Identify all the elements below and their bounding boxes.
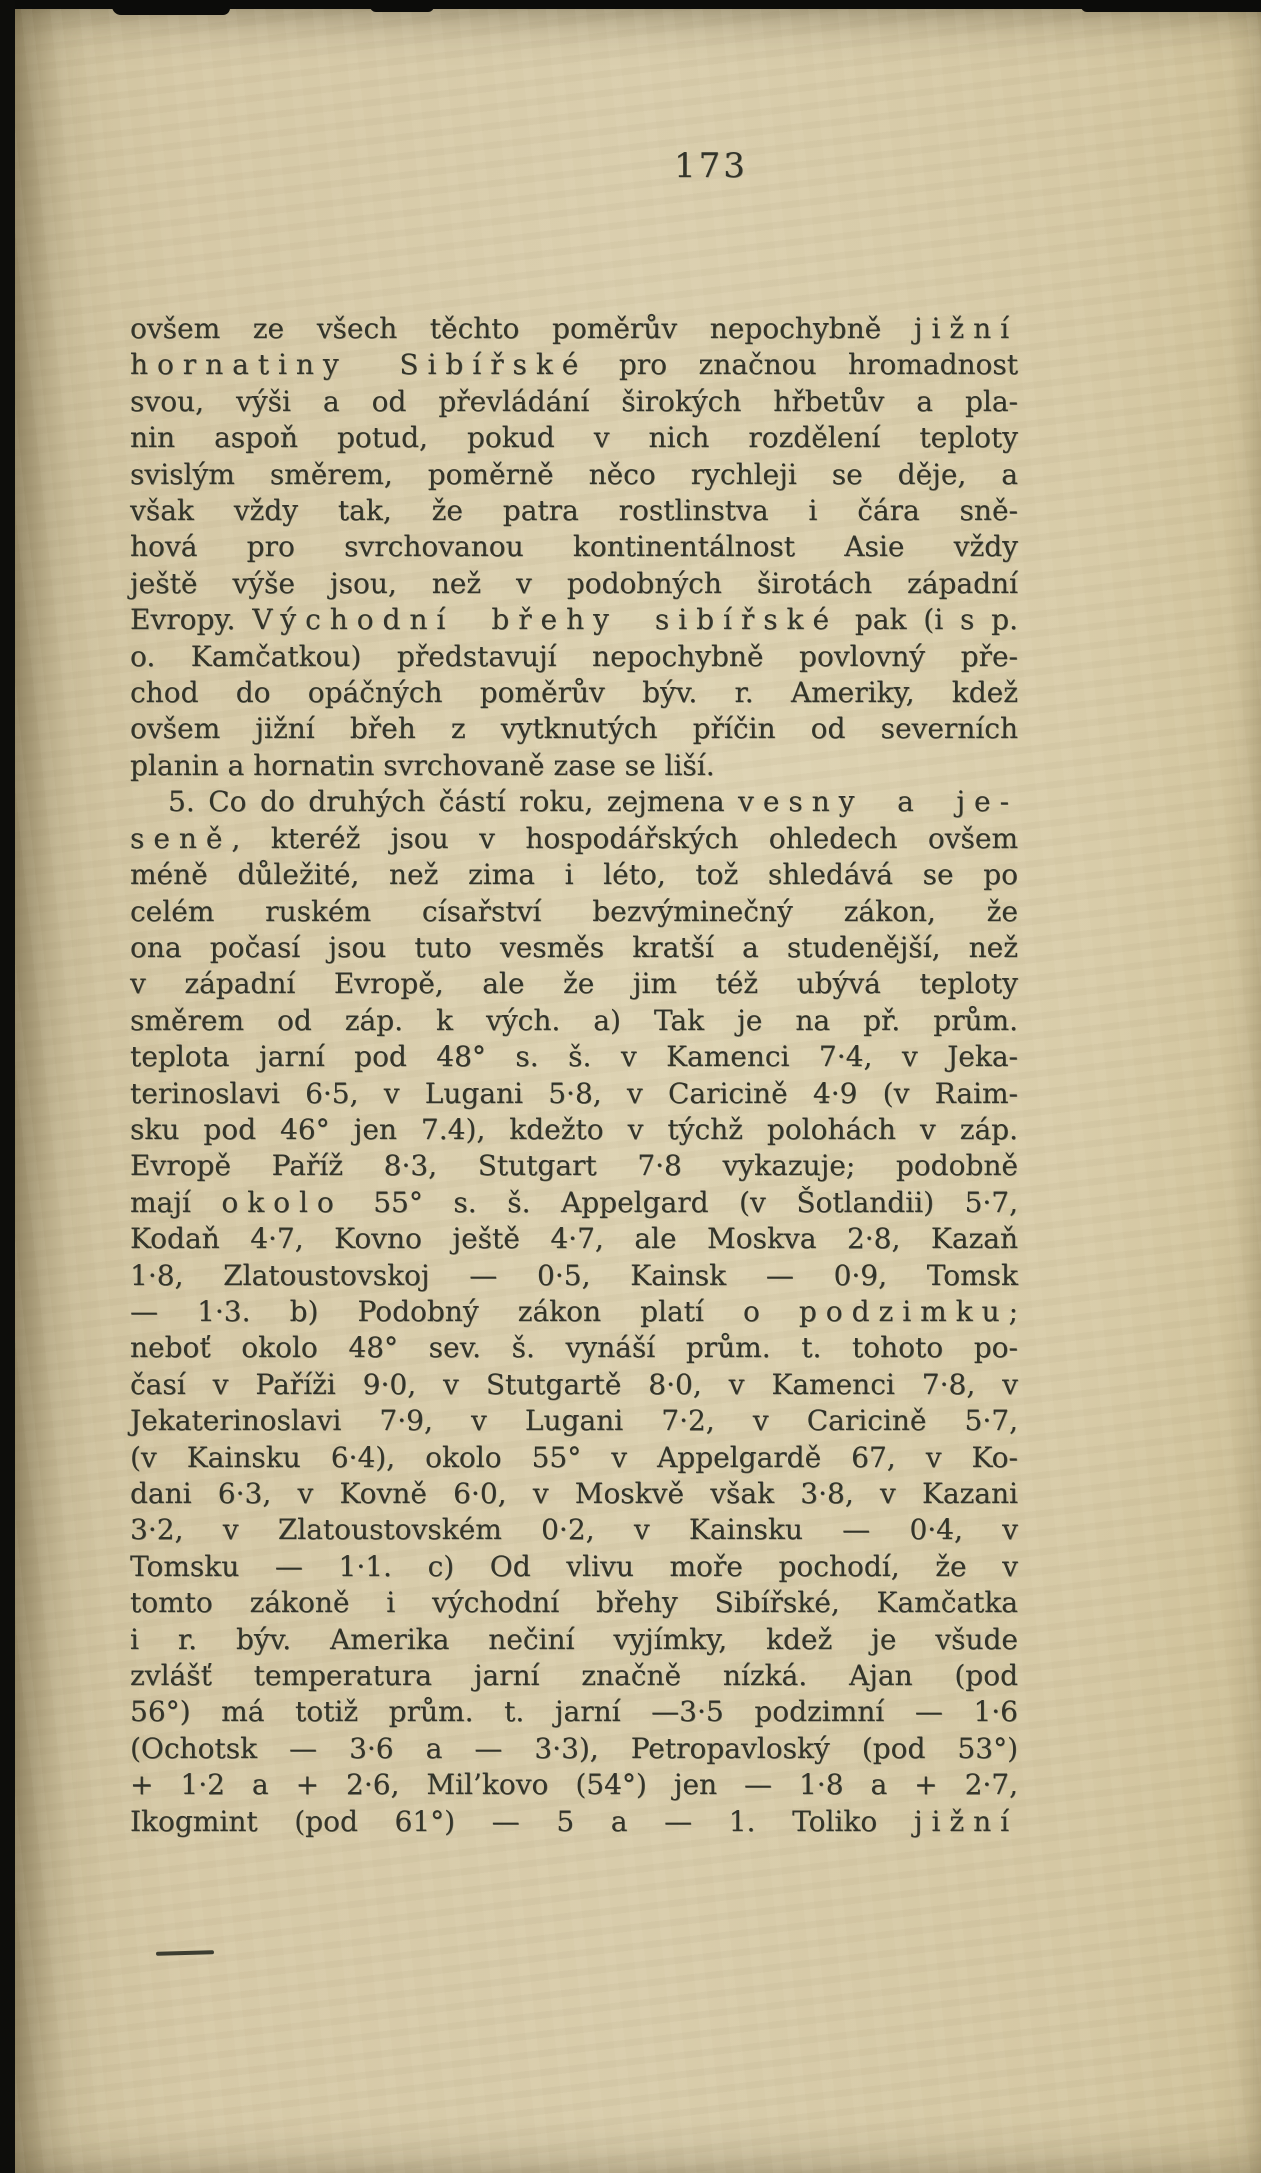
body-text: chod do opáčných poměrův býv. r. Ameriky… — [130, 676, 1018, 709]
body-text: (Ochotsk — 3·6 a — 3·3), Petropavloský (… — [130, 1732, 1018, 1765]
body-text: časí v Paříži 9·0, v Stutgartě 8·0, v Ka… — [130, 1368, 1018, 1401]
text-line: 5. Co do druhých částí roku, zejmena ves… — [130, 784, 1018, 820]
text-line: Evropy. Východní břehy sibířské pak (i s… — [130, 602, 1018, 638]
body-text: méně důležité, než zima i léto, tož shle… — [130, 858, 1018, 891]
body-text: Evropě Paříž 8·3, Stutgart 7·8 vykazuje;… — [130, 1149, 1018, 1182]
text-block: ovšem ze všech těchto poměrův nepochybně… — [130, 311, 1018, 1840]
text-line: méně důležité, než zima i léto, tož shle… — [130, 857, 1018, 893]
body-text: 5. Co do druhých částí roku, zejmena — [168, 785, 738, 818]
body-text: 3·2, v Zlatoustovském 0·2, v Kainsku — 0… — [130, 1513, 1018, 1546]
body-text: planin a hornatin svrchovaně zase se liš… — [130, 749, 715, 782]
text-line: ovšem jižní břeh z vytknutých příčin od … — [130, 711, 1018, 747]
text-line: ještě výše jsou, než v podobných širotác… — [130, 566, 1018, 602]
text-line: v západní Evropě, ale že jim též ubývá t… — [130, 966, 1018, 1002]
body-text: mají — [130, 1186, 221, 1219]
text-line: planin a hornatin svrchovaně zase se liš… — [130, 748, 1018, 784]
emphasized-text: hornatiny Sibířské — [130, 348, 587, 381]
body-text: však vždy tak, že patra rostlinstva i čá… — [130, 494, 1018, 527]
body-text: 55° s. š. Appelgard (v Šotlandii) 5·7, — [343, 1186, 1018, 1219]
text-line: svou, výši a od převládání širokých hřbe… — [130, 384, 1018, 420]
text-line: Evropě Paříž 8·3, Stutgart 7·8 vykazuje;… — [130, 1148, 1018, 1184]
body-text: nin aspoň potud, pokud v nich rozdělení … — [130, 421, 1018, 454]
text-line: sku pod 46° jen 7.4), kdežto v týchž pol… — [130, 1112, 1018, 1148]
body-text: pak (i s p. — [838, 603, 1018, 636]
body-text: (v Kainsku 6·4), okolo 55° v Appelgardě … — [130, 1441, 1018, 1474]
emphasized-text: seně — [130, 822, 231, 855]
body-text: zvlášť temperatura jarní značně nízká. A… — [130, 1659, 1018, 1692]
body-text: , kteréž jsou v hospodářských ohledech o… — [231, 822, 1018, 855]
text-line: o. Kamčatkou) představují nepochybně pov… — [130, 639, 1018, 675]
text-line: hornatiny Sibířské pro značnou hromadnos… — [130, 347, 1018, 383]
text-line: terinoslavi 6·5, v Lugani 5·8, v Caricin… — [130, 1076, 1018, 1112]
text-line: směrem od záp. k vých. a) Tak je na př. … — [130, 1003, 1018, 1039]
text-line: dani 6·3, v Kovně 6·0, v Moskvě však 3·8… — [130, 1476, 1018, 1512]
text-line: chod do opáčných poměrův býv. r. Ameriky… — [130, 675, 1018, 711]
text-line: nin aspoň potud, pokud v nich rozdělení … — [130, 420, 1018, 456]
body-text: neboť okolo 48° sev. š. vynáší prům. t. … — [130, 1331, 1018, 1364]
text-line: svislým směrem, poměrně něco rychleji se… — [130, 457, 1018, 493]
text-line: Tomsku — 1·1. c) Od vlivu moře pochodí, … — [130, 1549, 1018, 1585]
body-text: Kodaň 4·7, Kovno ještě 4·7, ale Moskva 2… — [130, 1222, 1018, 1255]
text-line: Ikogmint (pod 61°) — 5 a — 1. Toliko již… — [130, 1804, 1018, 1840]
body-text: 56°) má totiž prům. t. jarní —3·5 podzim… — [130, 1695, 1018, 1728]
page-number: 173 — [674, 146, 748, 186]
body-text: dani 6·3, v Kovně 6·0, v Moskvě však 3·8… — [130, 1477, 1018, 1510]
text-line: časí v Paříži 9·0, v Stutgartě 8·0, v Ka… — [130, 1367, 1018, 1403]
text-line: ovšem ze všech těchto poměrův nepochybně… — [130, 311, 1018, 347]
text-line: seně, kteréž jsou v hospodářských ohlede… — [130, 821, 1018, 857]
body-text: ona počasí jsou tuto vesměs kratší a stu… — [130, 931, 1018, 964]
text-line: 56°) má totiž prům. t. jarní —3·5 podzim… — [130, 1694, 1018, 1730]
text-line: však vždy tak, že patra rostlinstva i čá… — [130, 493, 1018, 529]
text-line: mají okolo 55° s. š. Appelgard (v Šotlan… — [130, 1185, 1018, 1221]
scanned-book-page: 173 ovšem ze všech těchto poměrův nepoch… — [0, 0, 1261, 2173]
text-line: tomto zákoně i východní břehy Sibířské, … — [130, 1585, 1018, 1621]
text-line: (Ochotsk — 3·6 a — 3·3), Petropavloský (… — [130, 1731, 1018, 1767]
text-line: ona počasí jsou tuto vesměs kratší a stu… — [130, 930, 1018, 966]
body-text: svislým směrem, poměrně něco rychleji se… — [130, 458, 1018, 491]
body-text: sku pod 46° jen 7.4), kdežto v týchž pol… — [130, 1113, 1018, 1146]
body-text: pro značnou hromadnost — [587, 348, 1018, 381]
emphasized-text: jižní — [914, 312, 1018, 345]
text-line: zvlášť temperatura jarní značně nízká. A… — [130, 1658, 1018, 1694]
emphasized-text: okolo — [221, 1186, 342, 1219]
body-text: Evropy. — [130, 603, 252, 636]
emphasized-text: vesny a je- — [738, 785, 1018, 818]
body-text: Tomsku — 1·1. c) Od vlivu moře pochodí, … — [130, 1550, 1018, 1583]
body-text: terinoslavi 6·5, v Lugani 5·8, v Caricin… — [130, 1077, 1018, 1110]
body-text: tomto zákoně i východní břehy Sibířské, … — [130, 1586, 1018, 1619]
text-line: celém ruském císařství bezvýminečný záko… — [130, 894, 1018, 930]
text-line: 1·8, Zlatoustovskoj — 0·5, Kainsk — 0·9,… — [130, 1258, 1018, 1294]
body-text: Jekaterinoslavi 7·9, v Lugani 7·2, v Car… — [130, 1404, 1018, 1437]
body-text: — 1·3. b) Podobný zákon platí o — [130, 1295, 799, 1328]
body-text: celém ruském císařství bezvýminečný záko… — [130, 895, 1018, 928]
body-text: 1·8, Zlatoustovskoj — 0·5, Kainsk — 0·9,… — [130, 1259, 1018, 1292]
body-text: ovšem ze všech těchto poměrův nepochybně — [130, 312, 914, 345]
scan-edge-artifact — [1081, 0, 1261, 12]
text-line: neboť okolo 48° sev. š. vynáší prům. t. … — [130, 1330, 1018, 1366]
scan-left-edge — [0, 0, 15, 2173]
text-line: hová pro svrchovanou kontinentálnost Asi… — [130, 529, 1018, 565]
body-text: hová pro svrchovanou kontinentálnost Asi… — [130, 530, 1018, 563]
body-text: v západní Evropě, ale že jim též ubývá t… — [130, 967, 1018, 1000]
body-text: o. Kamčatkou) představují nepochybně pov… — [130, 640, 1018, 673]
text-line: i r. býv. Amerika nečiní vyjímky, kdež j… — [130, 1622, 1018, 1658]
scan-edge-artifact — [112, 0, 230, 15]
body-text: svou, výši a od převládání širokých hřbe… — [130, 385, 1018, 418]
emphasized-text: podzimku — [799, 1295, 1009, 1328]
text-line: 3·2, v Zlatoustovském 0·2, v Kainsku — 0… — [130, 1512, 1018, 1548]
text-line: Kodaň 4·7, Kovno ještě 4·7, ale Moskva 2… — [130, 1221, 1018, 1257]
text-line: (v Kainsku 6·4), okolo 55° v Appelgardě … — [130, 1440, 1018, 1476]
body-text: teplota jarní pod 48° s. š. v Kamenci 7·… — [130, 1040, 1018, 1073]
body-text: ; — [1009, 1295, 1018, 1328]
text-line: Jekaterinoslavi 7·9, v Lugani 7·2, v Car… — [130, 1403, 1018, 1439]
body-text: ovšem jižní břeh z vytknutých příčin od … — [130, 712, 1018, 745]
scan-edge-artifact — [370, 0, 434, 12]
emphasized-text: Východní břehy sibířské — [252, 603, 838, 636]
text-line: + 1·2 a + 2·6, Mil’kovo (54°) jen — 1·8 … — [130, 1767, 1018, 1803]
emphasized-text: jižní — [914, 1805, 1018, 1838]
text-line: teplota jarní pod 48° s. š. v Kamenci 7·… — [130, 1039, 1018, 1075]
body-text: ještě výše jsou, než v podobných širotác… — [130, 567, 1018, 600]
text-line: — 1·3. b) Podobný zákon platí o podzimku… — [130, 1294, 1018, 1330]
body-text: Ikogmint (pod 61°) — 5 a — 1. Toliko — [130, 1805, 914, 1838]
body-text: i r. býv. Amerika nečiní vyjímky, kdež j… — [130, 1623, 1018, 1656]
body-text: + 1·2 a + 2·6, Mil’kovo (54°) jen — 1·8 … — [130, 1768, 1018, 1801]
body-text: směrem od záp. k vých. a) Tak je na př. … — [130, 1004, 1018, 1037]
